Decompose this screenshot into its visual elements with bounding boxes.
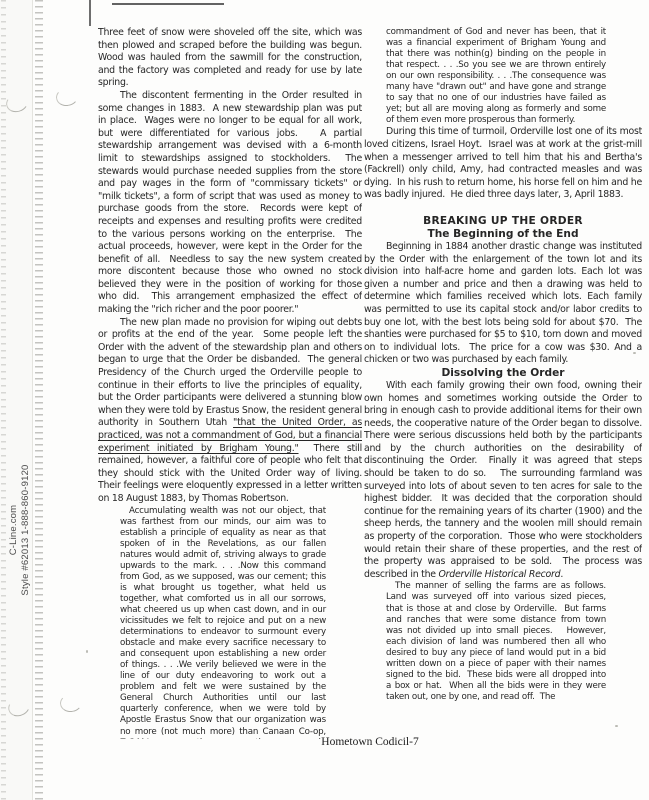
paragraph-town-lots: Beginning in 1884 another drastic change… [364,241,642,367]
block-quote-selling-farms: The manner of selling the farms are as f… [386,581,606,703]
section-subheading-beginning-of-end: The Beginning of the End [364,228,642,241]
photocopy-line-artifact [112,3,224,5]
paragraph-new-plan: The new plan made no provision for wipin… [98,317,362,506]
section-heading-dissolving: Dissolving the Order [364,367,642,380]
photocopy-edge-artifact [89,0,91,26]
sheet-protector-brand: C-Line.com Style #62013 1-888-860-9120 [8,430,34,630]
scan-speck [86,650,88,653]
scanned-page: C-Line.com Style #62013 1-888-860-9120 T… [0,0,649,800]
paragraph-stewardship-plan: The discontent fermenting in the Order r… [98,90,362,317]
paragraph-dissolving-pre: With each family growing their own food,… [364,380,642,580]
block-quote-robertson-letter: Accumulating wealth was not our object, … [120,506,326,739]
left-column: Three feet of snow were shoveled off the… [98,27,362,739]
hole-punch-arc [59,693,83,713]
paragraph-dissolving-post: . [560,569,563,580]
perforation-strip-inner [35,0,43,800]
block-quote-robertson-letter-continued: commandment of God and never has been, t… [386,27,606,126]
italic-orderville-historical-record: Orderville Historical Record [439,569,561,580]
page-footer: Hometown Codicil-7 [98,736,642,748]
section-heading-breaking-up: BREAKING UP THE ORDER [364,215,642,228]
brand-style-number: Style #62013 1-888-860-9120 [20,430,32,630]
paragraph-israel-hoyt: During this time of turmoil, Orderville … [364,126,642,202]
page-edge-line [32,0,33,800]
paragraph-new-plan-pre: The new plan made no provision for wipin… [98,317,362,429]
paragraph-snow-factory: Three feet of snow were shoveled off the… [98,27,362,90]
right-column: commandment of God and never has been, t… [364,27,642,739]
brand-text: C-Line.com [8,430,20,630]
perforation-strip-outer [1,0,6,800]
paragraph-dissolving: With each family growing their own food,… [364,380,642,582]
hole-punch-arc [55,87,79,108]
